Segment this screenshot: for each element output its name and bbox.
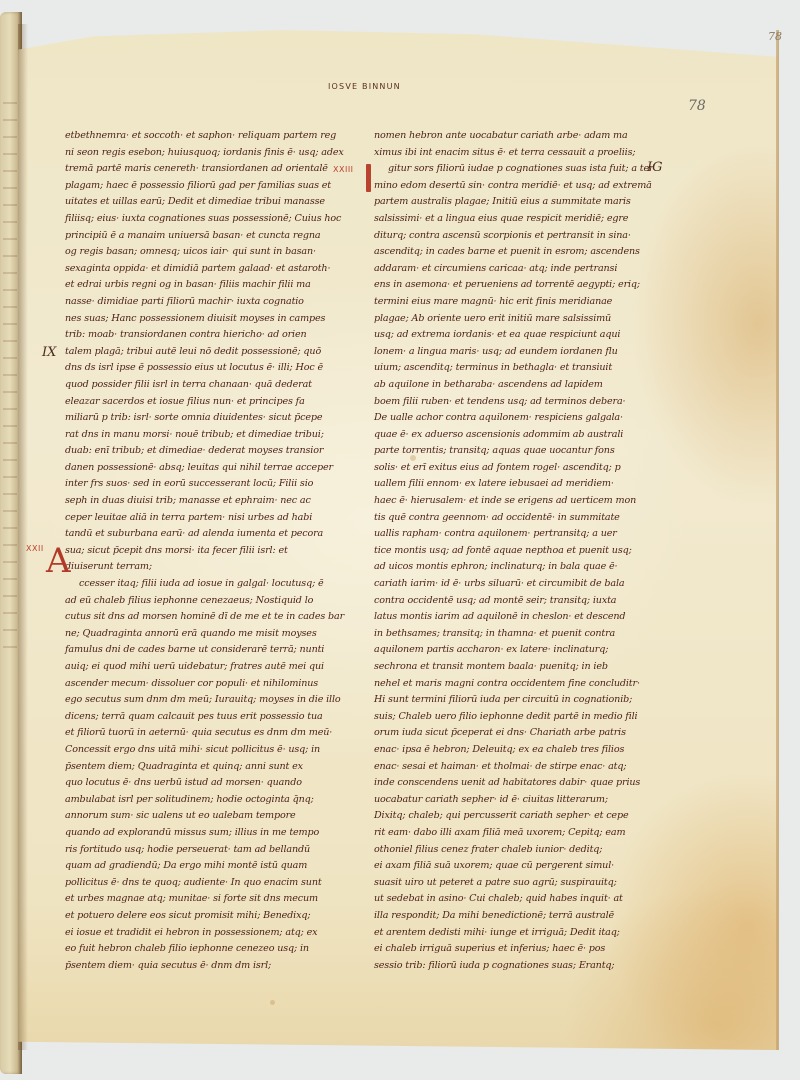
text-line: ei iosue et tradidit ei hebron in posses… xyxy=(65,925,335,942)
text-line: gitur sors filiorū iudae p cognationes s… xyxy=(374,161,644,178)
text-line: principiū ē a manaim uniuersā basan· et … xyxy=(65,228,335,245)
text-line: quam ad gradiendū; Da ergo mihi montē is… xyxy=(65,858,335,875)
text-line: nomen hebron ante uocabatur cariath arbe… xyxy=(374,128,644,145)
text-line: plagam; haec ē possessio filiorū gad per… xyxy=(65,178,335,195)
decorated-initial-i xyxy=(366,164,371,192)
text-line: ni seon regis esebon; huiusquoq; iordani… xyxy=(65,145,335,162)
text-line: sechrona et transit montem baala· puenit… xyxy=(374,659,644,676)
text-line: mino edom desertū sin· contra meridiē· e… xyxy=(374,178,644,195)
text-line: solis· et erī exitus eius ad fontem roge… xyxy=(374,460,644,477)
text-line: partem australis plagae; Initiū eius a s… xyxy=(374,194,644,211)
text-line: illa respondit; Da mihi benedictionē; te… xyxy=(374,908,644,925)
text-line: quod possider filii isrl in terra chanaa… xyxy=(65,377,335,394)
text-line: filiisq; eius· iuxta cognationes suas po… xyxy=(65,211,335,228)
text-line: tice montis usq; ad fontē aquae nepthoa … xyxy=(374,543,644,560)
text-line: ne; Quadraginta annorū erā quando me mis… xyxy=(65,626,335,643)
marginal-note-right: IG xyxy=(647,160,663,175)
text-line: sua; sicut p̄cepit dns morsi· ita fecer … xyxy=(65,543,335,560)
text-line: suis; Chaleb uero filio iephonne dedit p… xyxy=(374,709,644,726)
text-line: ceper leuitae aliā in terra partem· nisi… xyxy=(65,510,335,527)
text-line: rit eam· dabo illi axam filiā meā uxorem… xyxy=(374,825,644,842)
stain-spot xyxy=(270,1000,275,1005)
text-line: uallem filii ennom· ex latere iebusaei a… xyxy=(374,476,644,493)
text-line: sexaginta oppida· et dimidiā partem gala… xyxy=(65,261,335,278)
text-line: Concessit ergo dns uitā mihi· sicut poll… xyxy=(65,742,335,759)
text-line: addaram· et circumiens caricaa· atq; ind… xyxy=(374,261,644,278)
text-line: uitates et uillas earū; Dedit et dimedia… xyxy=(65,194,335,211)
marginal-note-left: IX xyxy=(42,345,56,360)
text-line: contra occidentē usq; ad montē seir; tra… xyxy=(374,593,644,610)
text-line: auiq; ei quod mihi uerū uidebatur; fratr… xyxy=(65,659,335,676)
text-line: ris fortitudo usq; hodie perseuerat· tam… xyxy=(65,842,335,859)
text-line: rat dns in manu morsi· nouē tribub; et d… xyxy=(65,427,335,444)
right-text-column: nomen hebron ante uocabatur cariath arbe… xyxy=(374,128,644,974)
text-line: quando ad explorandū missus sum; illius … xyxy=(65,825,335,842)
text-line: tis quē contra geennom· ad occidentē· in… xyxy=(374,510,644,527)
text-line: cutus sit dns ad morsen hominē dī de me … xyxy=(65,609,335,626)
text-line: nehel et maris magni contra occidentem f… xyxy=(374,676,644,693)
text-line: usq; ad extrema iordanis· et ea quae res… xyxy=(374,327,644,344)
text-line: in bethsames; transitq; in thamna· et pu… xyxy=(374,626,644,643)
running-head: IOSVE BINNUN xyxy=(328,82,401,91)
text-line: diuiserunt terram; xyxy=(65,559,335,576)
text-line: og regis basan; omnesq; uicos iair· qui … xyxy=(65,244,335,261)
text-line: uallis rapham· contra aquilonem· pertran… xyxy=(374,526,644,543)
text-line: sessio trib: filiorū iuda p cognationes … xyxy=(374,958,644,975)
text-line: Hi sunt termini filiorū iuda per circuit… xyxy=(374,692,644,709)
text-line: orum iuda sicut p̄ceperat ei dns· Charia… xyxy=(374,725,644,742)
text-line: tremā partē maris cenereth· transiordane… xyxy=(65,161,335,178)
text-line: ascenditq; in cades barne et puenit in e… xyxy=(374,244,644,261)
gutter-shadow xyxy=(18,24,28,1050)
text-line: termini eius mare magnū· hic erit finis … xyxy=(374,294,644,311)
text-line: ego secutus sum dnm dm meū; Iurauitq; mo… xyxy=(65,692,335,709)
text-line: ab aquilone in betharaba· ascendens ad l… xyxy=(374,377,644,394)
text-line: miliarū p trib: isrl· sorte omnia diuide… xyxy=(65,410,335,427)
text-line: tandū et suburbana earū· ad alenda iumen… xyxy=(65,526,335,543)
text-line: latus montis iarim ad aquilonē in cheslo… xyxy=(374,609,644,626)
text-line: etbethnemra· et soccoth· et saphon· reli… xyxy=(65,128,335,145)
text-line: famulus dni de cades barne ut considerar… xyxy=(65,642,335,659)
text-line: quo locutus ē· dns uerbū istud ad morsen… xyxy=(65,775,335,792)
text-line: boem filii ruben· et tendens usq; ad ter… xyxy=(374,394,644,411)
folio-number-pencil: 78 xyxy=(688,98,706,114)
text-line: danen possessionē· absq; leuitas qui nih… xyxy=(65,460,335,477)
folio-number-ink: 78 xyxy=(768,30,782,43)
text-line: salsissimi· et a lingua eius quae respic… xyxy=(374,211,644,228)
text-line: et filiorū tuorū in aeternū· quia secutu… xyxy=(65,725,335,742)
text-line: nes suas; Hanc possessionem diuisit moys… xyxy=(65,311,335,328)
text-line: plagae; Ab oriente uero erit initiū mare… xyxy=(374,311,644,328)
text-line: p̄sentem diem· quia secutus ē· dnm dm is… xyxy=(65,958,335,975)
text-line: haec ē· hierusalem· et inde se erigens a… xyxy=(374,493,644,510)
text-line: inde conscendens uenit ad habitatores da… xyxy=(374,775,644,792)
text-line: diturq; contra ascensū scorpionis et per… xyxy=(374,228,644,245)
text-line: pollicitus ē· dns te quoq; audiente· In … xyxy=(65,875,335,892)
text-line: et edrai urbis regni og in basan· filiis… xyxy=(65,277,335,294)
text-line: ad uicos montis ephron; inclinaturq; in … xyxy=(374,559,644,576)
text-line: enac· ipsa ē hebron; Deleuitq; ex ea cha… xyxy=(374,742,644,759)
text-line: trib: moab· transiordanen contra hierich… xyxy=(65,327,335,344)
decorated-initial-a: A xyxy=(46,544,71,578)
text-line: dns ds isrl ipse ē possessio eius ut loc… xyxy=(65,360,335,377)
text-line: uocabatur cariath sepher· id ē· ciuitas … xyxy=(374,792,644,809)
text-line: Dixitq; chaleb; qui percusserit cariath … xyxy=(374,808,644,825)
text-line: suasit uiro ut peteret a patre suo agrū;… xyxy=(374,875,644,892)
text-line: talem plagā; tribui autē leui nō dedit p… xyxy=(65,344,335,361)
left-text-column: etbethnemra· et soccoth· et saphon· reli… xyxy=(65,128,335,974)
text-line: p̄sentem diem; Quadraginta et quinq; ann… xyxy=(65,759,335,776)
text-line: parte torrentis; transitq; aquas quae uo… xyxy=(374,443,644,460)
chapter-number-left: XXII xyxy=(26,544,44,553)
text-line: De ualle achor contra aquilonem· respici… xyxy=(374,410,644,427)
text-line: et urbes magnae atq; munitae· si forte s… xyxy=(65,891,335,908)
text-line: annorum sum· sic ualens ut eo ualebam te… xyxy=(65,808,335,825)
text-line: et arentem dedisti mihi· iunge et irrigu… xyxy=(374,925,644,942)
text-line: ad eū chaleb filius iephonne cenezaeus; … xyxy=(65,593,335,610)
text-line: ccesser itaq; filii iuda ad iosue in gal… xyxy=(65,576,335,593)
text-line: ximus ibi int enacim situs ē· et terra c… xyxy=(374,145,644,162)
text-line: lonem· a lingua maris· usq; ad eundem io… xyxy=(374,344,644,361)
show-through-text xyxy=(3,102,17,662)
text-line: nasse· dimidiae parti filiorū machir· iu… xyxy=(65,294,335,311)
text-line: dicens; terrā quam calcauit pes tuus eri… xyxy=(65,709,335,726)
chapter-number-right: XXIII xyxy=(333,165,354,174)
text-line: duab: enī tribub; et dimediae· dederat m… xyxy=(65,443,335,460)
text-line: eo fuit hebron chaleb filio iephonne cen… xyxy=(65,941,335,958)
text-line: enac· sesai et haiman· et tholmai· de st… xyxy=(374,759,644,776)
text-line: et potuero delere eos sicut promisit mih… xyxy=(65,908,335,925)
text-line: ei axam filiā suā uxorem; quae cū perger… xyxy=(374,858,644,875)
text-line: eleazar sacerdos et iosue filius nun· et… xyxy=(65,394,335,411)
text-line: uium; ascenditq; terminus in bethagla· e… xyxy=(374,360,644,377)
text-line: ambulabat isrl per solitudinem; hodie oc… xyxy=(65,792,335,809)
page-edge-right xyxy=(776,30,779,1050)
text-line: seph in duas diuisi trib; manasse et eph… xyxy=(65,493,335,510)
text-line: quae ē· ex aduerso ascensionis adommim a… xyxy=(374,427,644,444)
text-line: inter frs suos· sed in eorū successerant… xyxy=(65,476,335,493)
text-line: ascender mecum· dissoluer cor populi· et… xyxy=(65,676,335,693)
text-line: ens in asemona· et perueniens ad torrent… xyxy=(374,277,644,294)
text-line: ei chaleb irriguā superius et inferius; … xyxy=(374,941,644,958)
text-line: cariath iarim· id ē· urbs siluarū· et ci… xyxy=(374,576,644,593)
text-line: ut sedebat in asino· Cui chaleb; quid ha… xyxy=(374,891,644,908)
text-line: othoniel filius cenez frater chaleb iuni… xyxy=(374,842,644,859)
text-line: aquilonem partis accharon· ex latere· in… xyxy=(374,642,644,659)
